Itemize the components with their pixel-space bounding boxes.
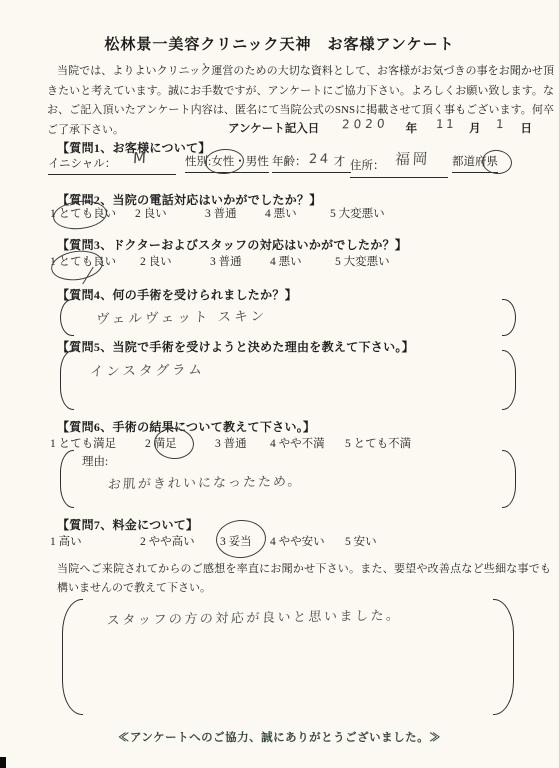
gender-other-option: ・男性 [234,156,269,168]
bracket-right [502,299,516,336]
bracket-right [502,450,516,508]
q2-option-2: 2 良い [135,205,167,221]
bracket-left [62,599,83,715]
survey-page: 松林景一美容クリニック天神 お客様アンケート 当院では、よりよいクリニック運営の… [0,0,559,768]
address-label: 住所： [350,160,385,172]
bracket-left [60,350,74,410]
bracket-right [493,599,514,715]
pen-tail-mark [82,267,93,284]
q6-option-4: 4 やや不満 [270,435,325,451]
q6-option-2: 2 満足 [145,435,177,451]
q3-heading: 【質問3、ドクターおよびスタッフの対応はいかがでしたか？】 [57,236,407,253]
bracket-left [60,299,74,336]
q7-option-3-label: 3 妥当 [220,536,252,548]
q4-answer-handwritten: ヴェルヴェット スキン [95,305,267,328]
q5-answer-handwritten: インスタグラム [89,358,205,380]
q3-option-5: 5 大変悪い [335,253,390,269]
date-year-unit: 年 [406,123,418,135]
initial-field: イニシャル： M [48,153,176,175]
q6-reason-handwritten: お肌がきれいになったため。 [107,470,303,492]
q7-option-3: 3 妥当 [220,533,252,549]
reason-label: 理由: [82,453,108,469]
date-month-handwritten: 11 [436,117,457,131]
q2-option-3: 3 普通 [205,205,237,221]
address-handwritten: 福岡 [395,148,431,170]
q3-option-1: 1 とても良い [50,253,116,269]
survey-title: 松林景一美容クリニック天神 お客様アンケート [0,33,559,54]
q7-option-1: 1 高い [50,533,82,549]
feedback-answer-box: スタッフの方の対応が良いと思いました。 [62,599,514,715]
q6-reason-box: 理由: お肌がきれいになったため。 [60,450,516,508]
q3-option-2: 2 良い [140,253,172,269]
q6-option-2-label: 2 満足 [145,438,177,450]
q3-option-3: 3 普通 [210,253,242,269]
q4-answer-box: ヴェルヴェット スキン [60,299,516,336]
prefecture-circled: 県 [487,156,499,168]
address-field: 住所： 福岡 [350,153,448,178]
q7-option-2: 2 やや高い [140,533,195,549]
q2-option-5: 5 大変悪い [330,205,385,221]
initial-label: イニシャル： [48,158,116,170]
q3-option-4: 4 悪い [270,253,302,269]
gender-circled-option: 女性 [211,156,234,168]
q5-answer-box: インスタグラム [60,350,516,410]
feedback-prompt: 当院へご来院されてからのご感想を率直にお聞かせ下さい。また、要望や改善点など些細… [57,560,551,598]
q2-option-1: 1 とても良い [50,205,116,221]
scan-artifact-mark [0,757,6,768]
q3-option-1-label: 1 とても良い [50,256,116,268]
q2-option-1-label: 1 とても良い [50,208,116,220]
date-row: アンケート記入日 2020 年 11 月 1 日 [228,120,532,136]
q7-option-4: 4 やや安い [270,533,325,549]
q7-option-5: 5 安い [345,533,377,549]
bracket-left [60,450,74,508]
q6-option-3: 3 普通 [215,435,247,451]
gender-field: 性別:女性・男性 [185,153,269,173]
q2-option-4: 4 悪い [265,205,297,221]
age-unit: 才 [334,156,346,168]
q1-row: イニシャル： M 性別:女性・男性 年齢： 24 才 住所： 福岡 都道府県 [0,153,559,177]
prefecture-field: 都道府県 [452,153,498,173]
age-field: 年齢： 24 才 [272,153,351,173]
age-handwritten: 24 [309,152,331,167]
date-month-unit: 月 [469,123,481,135]
date-day-handwritten: 1 [495,117,506,131]
date-day-unit: 日 [521,123,533,135]
initial-handwritten: M [133,149,149,167]
q7-heading: 【質問7、料金について】 [57,516,198,533]
q6-option-5: 5 とても不満 [345,435,411,451]
gender-label: 性別: [185,156,211,168]
feedback-answer-handwritten: スタッフの方の対応が良いと思いました。 [106,604,402,628]
q6-option-1: 1 とても満足 [50,435,116,451]
age-label: 年齢： [272,156,307,168]
footer-thanks: ≪アンケートへのご協力、誠にありがとうございました。≫ [0,729,559,745]
date-year-handwritten: 2020 [342,117,389,132]
prefecture-label: 都道府 [452,156,487,168]
q6-heading: 【質問6、手術の結果について教えて下さい。】 [57,418,315,435]
date-label: アンケート記入日 [228,123,319,135]
bracket-right [502,350,516,410]
